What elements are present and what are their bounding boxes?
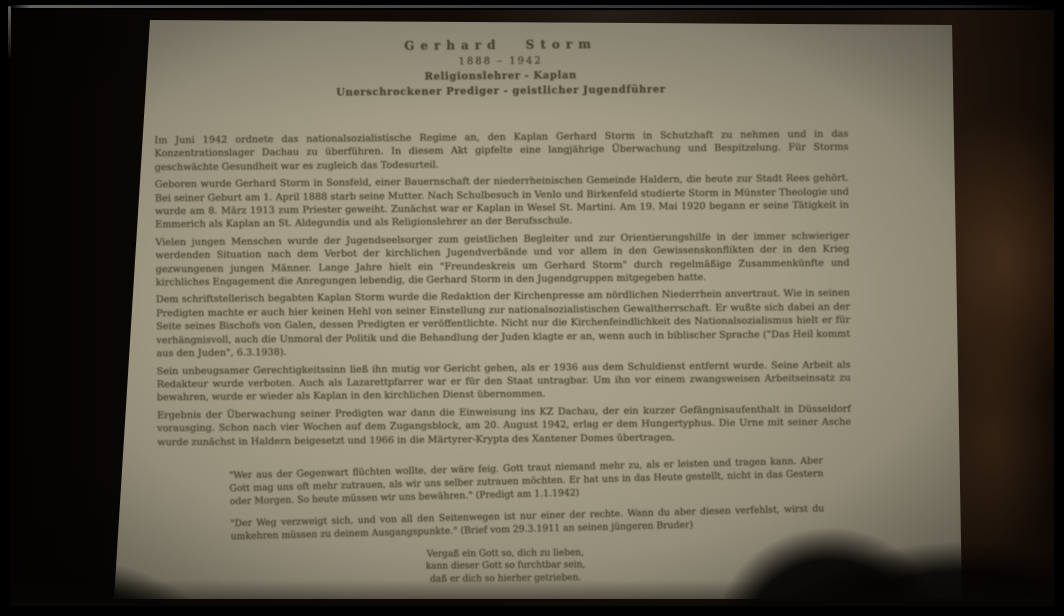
poem-section: Vergaß ein Gott so, dich zu lieben, kann… <box>158 545 852 589</box>
frame-glass-highlight-left <box>8 6 11 58</box>
plaque-header: Gerhard Storm 1888 – 1942 Religionslehre… <box>153 35 848 101</box>
quote-source: (Predigt am 1.1.1942) <box>475 487 579 501</box>
biography-paragraph: Im Juni 1942 ordnete das nationalsoziali… <box>154 128 848 175</box>
wall-background: Gerhard Storm 1888 – 1942 Religionslehre… <box>10 10 1054 606</box>
quote-text: "Der Weg verzweigt sich, und von all den… <box>230 503 824 542</box>
biography-paragraph: Vielen jungen Menschen wurde der Jugends… <box>155 230 849 290</box>
quote-block: "Der Weg verzweigt sich, und von all den… <box>230 502 824 543</box>
frame-glass-highlight-top <box>10 5 1040 8</box>
biography-paragraph: Geboren wurde Gerhard Storm in Sonsfeld,… <box>155 172 849 232</box>
subtitle-description: Unerschrockener Prediger - geistlicher J… <box>154 83 848 101</box>
quote-block: "Wer aus der Gegenwart flüchten wollte, … <box>229 454 824 508</box>
biography-paragraph: Sein unbeugsamer Gerechtigkeitssinn ließ… <box>157 358 851 405</box>
memorial-text: Gerhard Storm 1888 – 1942 Religionslehre… <box>153 25 852 589</box>
biography-section: Im Juni 1942 ordnete das nationalsoziali… <box>154 128 851 450</box>
page-title: Gerhard Storm <box>153 35 847 56</box>
biography-paragraph: Dem schriftstellerisch begabten Kaplan S… <box>156 287 851 361</box>
biography-paragraph: Ergebnis der Überwachung seiner Predigte… <box>157 402 851 449</box>
quotes-section: "Wer aus der Gegenwart flüchten wollte, … <box>229 454 825 543</box>
photo-frame: Gerhard Storm 1888 – 1942 Religionslehre… <box>0 0 1064 616</box>
